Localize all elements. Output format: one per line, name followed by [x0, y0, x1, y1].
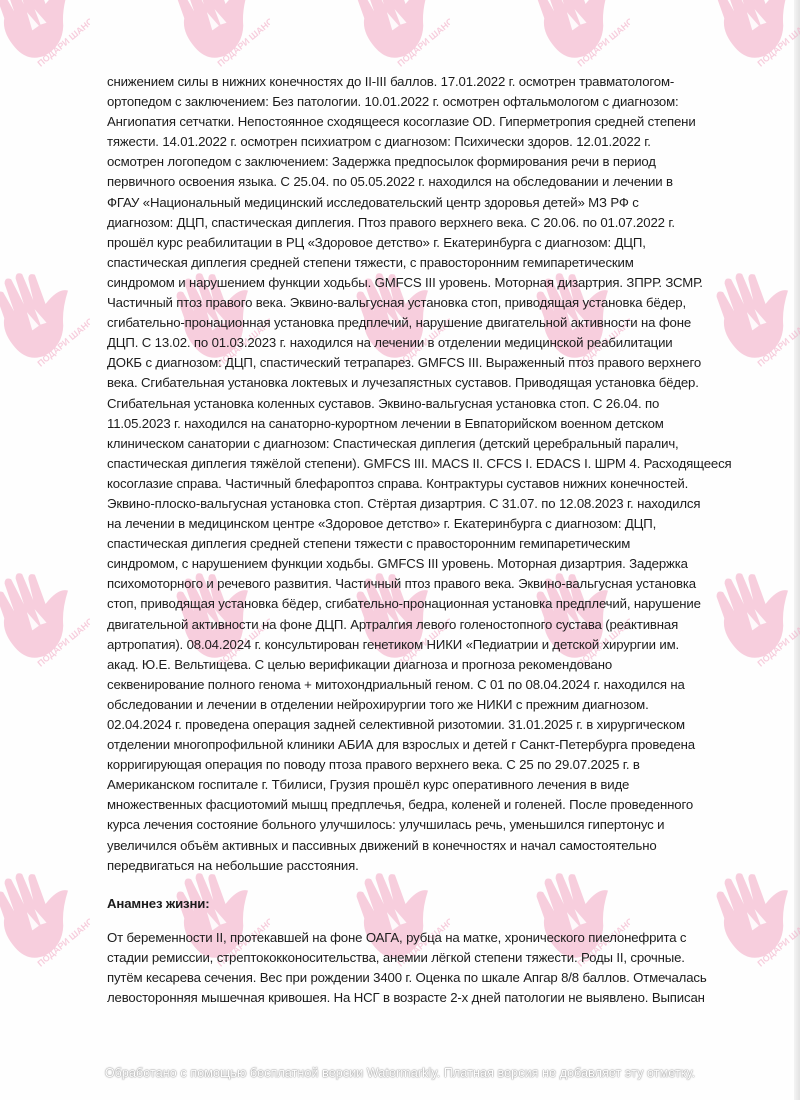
document-page: ПОДАРИ ШАНСПОДАРИ ШАНСПОДАРИ ШАНСПОДАРИ …	[0, 0, 800, 1100]
svg-text:ПОДАРИ ШАНС: ПОДАРИ ШАНС	[35, 316, 90, 369]
text-line: путём кесарева сечения. Вес при рождении…	[107, 968, 735, 988]
text-line: 02.04.2024 г. проведена операция задней …	[107, 715, 735, 735]
text-line: Сгибательная установка коленных суставов…	[107, 394, 735, 414]
document-body: снижением силы в нижних конечностях до I…	[107, 72, 735, 1008]
text-line: секвенирование полного генома + митохонд…	[107, 675, 735, 695]
text-line: ортопедом с заключением: Без патологии. …	[107, 92, 735, 112]
text-line: сгибательно-пронационная установка предп…	[107, 313, 735, 333]
text-line: Частичный птоз правого века. Эквино-валь…	[107, 293, 735, 313]
text-line: акад. Ю.Е. Вельтищева. С целью верификац…	[107, 655, 735, 675]
text-line: века. Сгибательная установка локтевых и …	[107, 373, 735, 393]
text-line: стадии ремиссии, стрептококконосительств…	[107, 948, 735, 968]
anamnesis-disease-paragraph: снижением силы в нижних конечностях до I…	[107, 72, 735, 876]
page-edge-shadow	[794, 0, 800, 1100]
text-line: Американском госпитале г. Тбилиси, Грузи…	[107, 775, 735, 795]
text-line: передвигаться на небольшие расстояния.	[107, 856, 735, 876]
charity-hand-logo-icon: ПОДАРИ ШАНС	[0, 0, 90, 80]
text-line: ФГАУ «Национальный медицинский исследова…	[107, 193, 735, 213]
text-line: артропатия). 08.04.2024 г. консультирова…	[107, 635, 735, 655]
text-line: осмотрен логопедом с заключением: Задерж…	[107, 152, 735, 172]
charity-hand-logo-icon: ПОДАРИ ШАНС	[0, 260, 90, 380]
text-line: первичного освоения языка. С 25.04. по 0…	[107, 172, 735, 192]
charity-hand-logo-icon: ПОДАРИ ШАНС	[700, 0, 800, 80]
text-line: двигательной активности на фоне ДЦП. Арт…	[107, 615, 735, 635]
text-line: синдромом, с нарушением функции ходьбы. …	[107, 554, 735, 574]
svg-text:ПОДАРИ ШАНС: ПОДАРИ ШАНС	[215, 16, 270, 69]
text-line: косоглазие справа. Частичный блефароптоз…	[107, 474, 735, 494]
text-line: синдромом и нарушением функции ходьбы. G…	[107, 273, 735, 293]
text-line: ДОКБ с диагнозом: ДЦП, спастический тетр…	[107, 353, 735, 373]
charity-hand-logo-icon: ПОДАРИ ШАНС	[0, 860, 90, 980]
text-line: на лечении в медицинском центре «Здорово…	[107, 514, 735, 534]
text-line: От беременности II, протекавшей на фоне …	[107, 928, 735, 948]
text-line: снижением силы в нижних конечностях до I…	[107, 72, 735, 92]
svg-text:ПОДАРИ ШАНС: ПОДАРИ ШАНС	[575, 16, 630, 69]
charity-hand-logo-icon: ПОДАРИ ШАНС	[520, 0, 630, 80]
text-line: спастическая диплегия тяжёлой степени). …	[107, 454, 735, 474]
text-line: левосторонняя мышечная кривошея. На НСГ …	[107, 988, 735, 1008]
svg-text:ПОДАРИ ШАНС: ПОДАРИ ШАНС	[35, 616, 90, 669]
svg-text:ПОДАРИ ШАНС: ПОДАРИ ШАНС	[395, 16, 450, 69]
text-line: психомоторного и речевого развития. Част…	[107, 574, 735, 594]
text-line: стоп, приводящая установка бёдер, сгибат…	[107, 594, 735, 614]
text-line: клиническом санатории с диагнозом: Спаст…	[107, 434, 735, 454]
svg-text:ПОДАРИ ШАНС: ПОДАРИ ШАНС	[35, 916, 90, 969]
text-line: корригирующая операция по поводу птоза п…	[107, 755, 735, 775]
text-line: 11.05.2023 г. находился на санаторно-кур…	[107, 414, 735, 434]
text-line: множественных фасциотомий мышц предплечь…	[107, 795, 735, 815]
text-line: курса лечения состояние больного улучшил…	[107, 815, 735, 835]
watermarkly-footer-notice: Обработано с помощью бесплатной версии W…	[0, 1066, 800, 1080]
text-line: обследовании и лечении в отделении нейро…	[107, 695, 735, 715]
text-line: тяжести. 14.01.2022 г. осмотрен психиатр…	[107, 132, 735, 152]
text-line: отделении многопрофильной клиники АБИА д…	[107, 735, 735, 755]
text-line: диагнозом: ДЦП, спастическая диплегия. П…	[107, 213, 735, 233]
text-line: ДЦП. С 13.02. по 01.03.2023 г. находился…	[107, 333, 735, 353]
charity-hand-logo-icon: ПОДАРИ ШАНС	[340, 0, 450, 80]
charity-hand-logo-icon: ПОДАРИ ШАНС	[160, 0, 270, 80]
text-line: спастическая диплегия средней степени тя…	[107, 253, 735, 273]
text-line: Ангиопатия сетчатки. Непостоянное сходящ…	[107, 112, 735, 132]
text-line: спастическая диплегия средней степени тя…	[107, 534, 735, 554]
svg-text:ПОДАРИ ШАНС: ПОДАРИ ШАНС	[35, 16, 90, 69]
life-anamnesis-heading: Анамнез жизни:	[107, 894, 735, 914]
text-line: увеличился объём активных и пассивных дв…	[107, 836, 735, 856]
charity-hand-logo-icon: ПОДАРИ ШАНС	[0, 560, 90, 680]
life-anamnesis-paragraph: От беременности II, протекавшей на фоне …	[107, 928, 735, 1008]
text-line: Эквино-плоско-вальгусная установка стоп.…	[107, 494, 735, 514]
text-line: прошёл курс реабилитации в РЦ «Здоровое …	[107, 233, 735, 253]
